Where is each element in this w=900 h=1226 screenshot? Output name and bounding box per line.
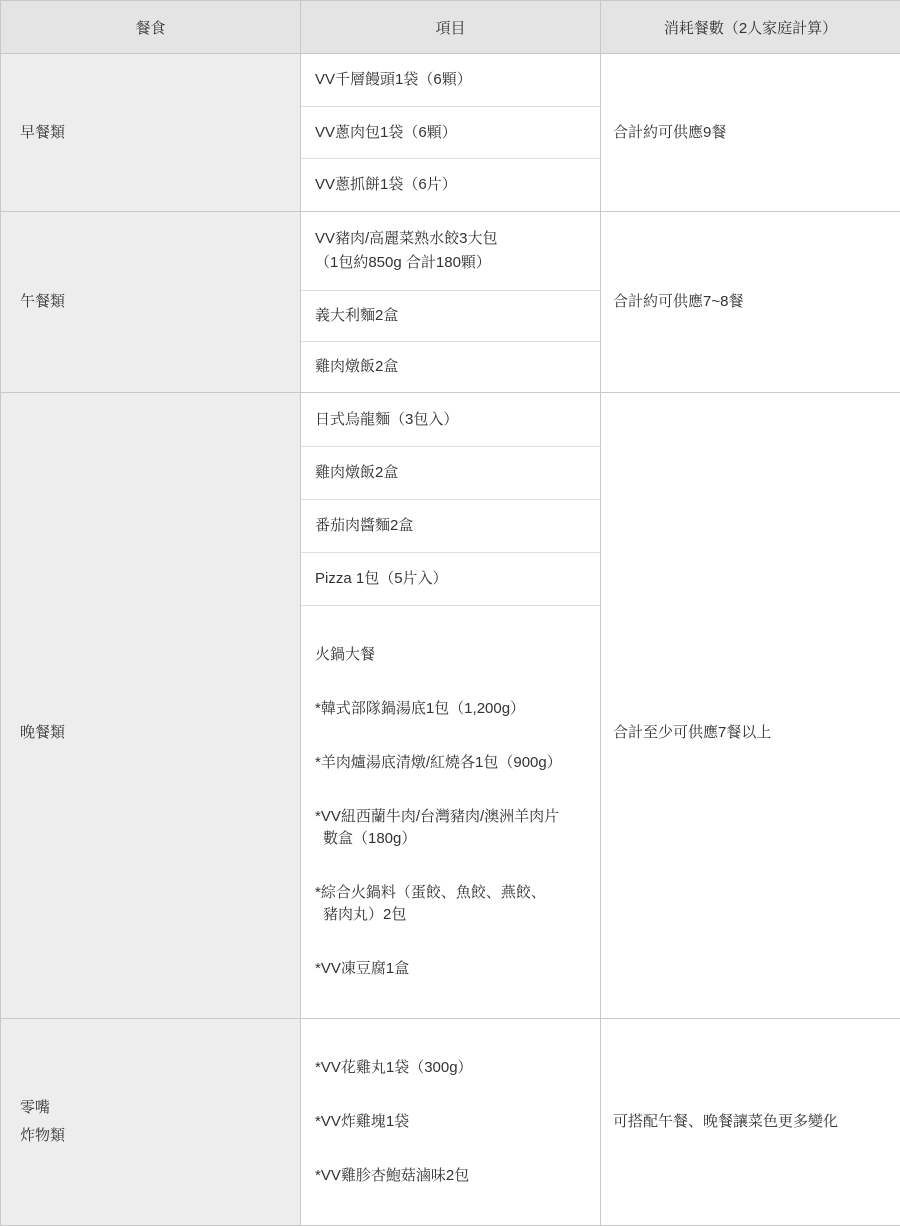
item-cell: 雞肉燉飯2盒 (301, 342, 601, 393)
consumption-cell-lunch: 合計約可供應7~8餐 (601, 212, 900, 393)
item-cell: 義大利麵2盒 (301, 291, 601, 342)
hotpot-line: *韓式部隊鍋湯底1包（1,200g） (315, 698, 588, 720)
item-cell-hotpot: 火鍋大餐 *韓式部隊鍋湯底1包（1,200g） *羊肉爐湯底清燉/紅燒各1包（9… (301, 606, 601, 1019)
item-cell: 雞肉燉飯2盒 (301, 447, 601, 500)
header-row: 餐食 項目 消耗餐數（2人家庭計算） (1, 1, 900, 54)
category-cell-breakfast: 早餐類 (1, 54, 301, 212)
consumption-cell-snacks: 可搭配午餐、晚餐讓菜色更多變化 (601, 1019, 900, 1226)
header-cell-meal: 餐食 (1, 1, 301, 54)
item-cell: VV豬肉/高麗菜熟水餃3大包 （1包約850g 合計180顆） (301, 212, 601, 291)
hotpot-line: *綜合火鍋料（蛋餃、魚餃、燕餃、 豬肉丸）2包 (315, 882, 588, 926)
header-cell-consumption: 消耗餐數（2人家庭計算） (601, 1, 900, 54)
item-cell: 番茄肉醬麵2盒 (301, 500, 601, 553)
item-cell: 日式烏龍麵（3包入） (301, 393, 601, 447)
snack-line: *VV炸雞塊1袋 (315, 1111, 588, 1133)
snack-line: *VV花雞丸1袋（300g） (315, 1057, 588, 1079)
item-cell: VV千層饅頭1袋（6顆） (301, 54, 601, 107)
item-cell: VV蔥肉包1袋（6顆） (301, 107, 601, 159)
consumption-cell-dinner: 合計至少可供應7餐以上 (601, 393, 900, 1019)
item-cell-snacks: *VV花雞丸1袋（300g） *VV炸雞塊1袋 *VV雞胗杏鮑菇滷味2包 (301, 1019, 601, 1226)
item-cell: VV蔥抓餅1袋（6片） (301, 159, 601, 212)
hotpot-line: *羊肉爐湯底清燉/紅燒各1包（900g） (315, 752, 588, 774)
meal-plan-table: 餐食 項目 消耗餐數（2人家庭計算） 早餐類 VV千層饅頭1袋（6顆） 合計約可… (0, 0, 900, 1226)
category-cell-snacks: 零嘴 炸物類 (1, 1019, 301, 1226)
snack-line: *VV雞胗杏鮑菇滷味2包 (315, 1165, 588, 1187)
consumption-cell-breakfast: 合計約可供應9餐 (601, 54, 900, 212)
table-row: 午餐類 VV豬肉/高麗菜熟水餃3大包 （1包約850g 合計180顆） 合計約可… (1, 212, 900, 291)
table-row: 早餐類 VV千層饅頭1袋（6顆） 合計約可供應9餐 (1, 54, 900, 107)
category-cell-lunch: 午餐類 (1, 212, 301, 393)
table-row: 晚餐類 日式烏龍麵（3包入） 合計至少可供應7餐以上 (1, 393, 900, 447)
hotpot-line: *VV紐西蘭牛肉/台灣豬肉/澳洲羊肉片 數盒（180g） (315, 806, 588, 850)
table-row: 零嘴 炸物類 *VV花雞丸1袋（300g） *VV炸雞塊1袋 *VV雞胗杏鮑菇滷… (1, 1019, 900, 1226)
hotpot-line: *VV凍豆腐1盒 (315, 958, 588, 980)
hotpot-title: 火鍋大餐 (315, 644, 588, 666)
category-cell-dinner: 晚餐類 (1, 393, 301, 1019)
header-cell-item: 項目 (301, 1, 601, 54)
item-cell: Pizza 1包（5片入） (301, 553, 601, 606)
